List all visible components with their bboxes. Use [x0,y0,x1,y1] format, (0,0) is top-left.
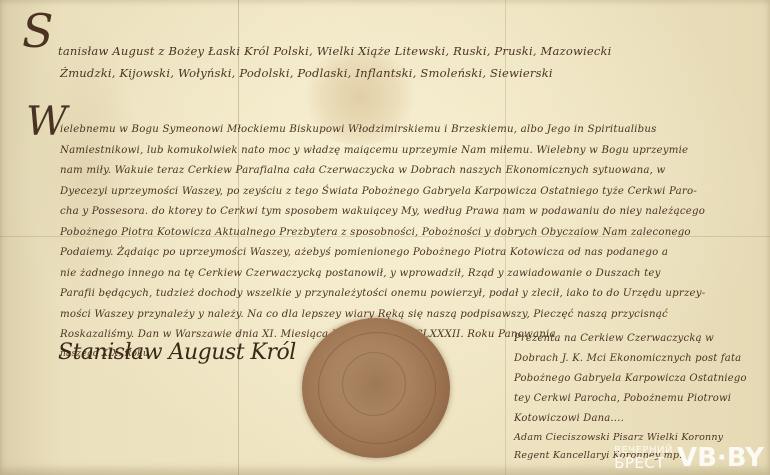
body-line: nam miły. Wakuie teraz Cerkiew Parafialn… [60,165,665,176]
body-line: Pobożnego Piotra Kotowicza Aktualnego Pr… [60,227,691,238]
body-line: Namiestnikowi, lub komukolwiek nato moc … [60,145,688,156]
presenta-signature: Adam Cieciszowski Pisarz Wielki Koronny [514,432,723,443]
publisher-watermark: ВЕЧЕРНИЙ БРЕСТ VB·BY [614,445,764,471]
presenta-line: Kotowiczowi Dana.... [514,413,624,424]
watermark-city: БРЕСТ [614,456,673,471]
body-line: Podaiemy. Żądaiąc po uprzeymości Waszey,… [60,247,668,258]
body-line: nie żadnego innego na tę Cerkiew Czerwac… [60,268,661,279]
watermark-brand: VB·BY [677,445,764,471]
body-line: Dyecezyi uprzeymości Waszey, po zeyściu … [60,186,697,197]
royal-signature: Stanisław August Król [58,340,296,365]
decorated-initial: W [26,102,67,142]
presenta-line: tey Cerkwi Parocha, Pobożnemu Piotrowi [514,393,731,404]
wax-seal-emblem [342,352,406,416]
heading-line: tanisław August z Bożey Łaski Król Polsk… [58,44,612,58]
presenta-line: Prezenta na Cerkiew Czerwaczycką w [514,333,714,344]
decorated-initial: S [22,8,54,54]
heading-line: Żmudzki, Kijowski, Wołyński, Podolski, P… [60,66,553,80]
body-line: ielebnemu w Bogu Symeonowi Młockiemu Bis… [60,124,657,135]
body-line: cha y Possesora. do ktorey to Cerkwi tym… [60,206,705,217]
body-line: Parafii będących, tudzież dochody wszelk… [60,288,705,299]
presenta-line: Dobrach J. K. Mci Ekonomicznych post fat… [514,353,741,364]
presenta-line: Pobożnego Gabryela Karpowicza Ostatniego [514,373,747,384]
body-line: Roskazaliśmy. Dan w Warszawie dnia XI. M… [60,329,556,340]
